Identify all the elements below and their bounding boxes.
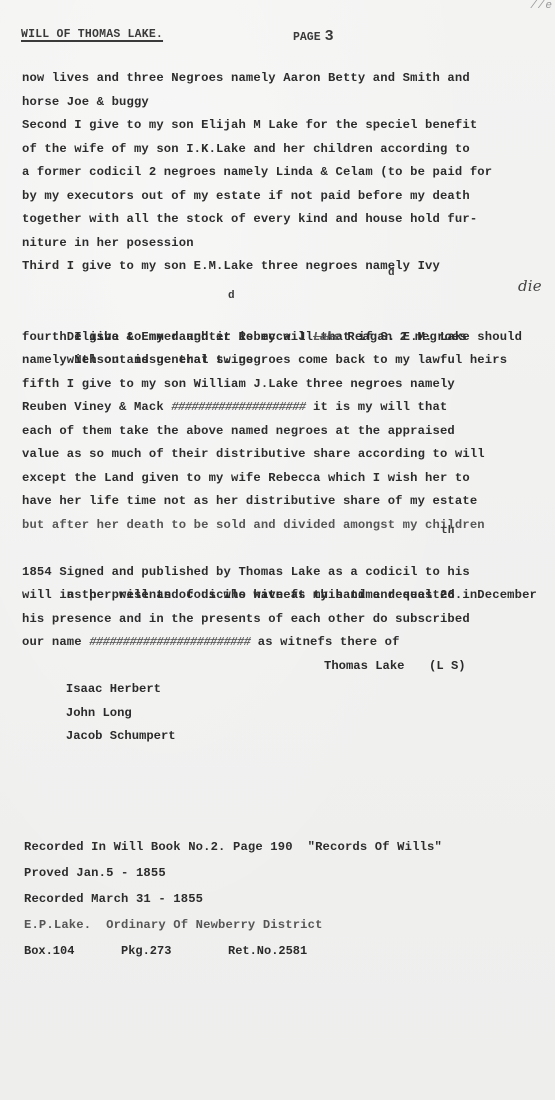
text-line: niture in her posession — [22, 232, 542, 256]
struck-text: #################### — [171, 400, 305, 414]
text-line: each of them take the above named negroe… — [22, 420, 542, 444]
text-line-our-name: our name ######################## as wit… — [22, 631, 542, 655]
archive-reference-row: Box.104 Pkg.273 Ret.No.2581 — [24, 938, 544, 964]
recorded-date-line: Recorded March 31 - 1855 — [24, 886, 544, 912]
text-segment: our name — [22, 635, 89, 649]
text-segment: fourth I give to my daughter Rebecca J — [22, 330, 313, 344]
text-line-reuben: Reuben Viney & Mack ####################… — [22, 396, 542, 420]
text-line: Second I give to my son Elijah M Lake fo… — [22, 114, 542, 138]
package-number: Pkg.273 — [121, 938, 171, 964]
testator-name: Thomas Lake — [324, 655, 404, 679]
proved-line: Proved Jan.5 - 1855 — [24, 860, 544, 886]
text-line-delisha: d Delisha & Emmer and it is my will that… — [22, 279, 542, 303]
recording-notes: Recorded In Will Book No.2. Page 190 "Re… — [24, 834, 544, 964]
text-segment: Reagan 2 negroes — [340, 330, 467, 344]
corner-annotation: //e — [530, 0, 553, 12]
text-line-fourth: fourth I give to my daughter Rebecca J L… — [22, 326, 542, 350]
will-body: now lives and three Negroes namely Aaron… — [22, 67, 542, 725]
page-number: 3 — [325, 28, 334, 45]
document-header: WILL OF THOMAS LAKE. PAGE3 — [21, 28, 541, 46]
recorded-in-line: Recorded In Will Book No.2. Page 190 "Re… — [24, 834, 544, 860]
text-line: Third I give to my son E.M.Lake three ne… — [22, 255, 542, 279]
text-line: value as so much of their distributive s… — [22, 443, 542, 467]
text-segment: as witnefs there of — [250, 635, 399, 649]
text-line-witness-hand: th as per will and codicils witnefs my h… — [22, 537, 542, 561]
text-segment: it is my will that — [306, 400, 448, 414]
witness-name: Jacob Schumpert — [66, 729, 176, 743]
signature-row: Jacob Schumpert — [22, 702, 542, 726]
text-segment: Reuben Viney & Mack — [22, 400, 171, 414]
superscript-d: d — [228, 291, 235, 302]
text-line: horse Joe & buggy — [22, 91, 542, 115]
signature-row: John Long — [22, 678, 542, 702]
text-line: but after her death to be sold and divid… — [22, 514, 542, 538]
text-line-without-issue: d with out issue that s. negroes come ba… — [22, 302, 542, 326]
superscript-th: th — [441, 526, 455, 537]
text-line: a former codicil 2 negroes namely Linda … — [22, 161, 542, 185]
text-line: will in the presents of us who have at t… — [22, 584, 542, 608]
text-line: 1854 Signed and published by Thomas Lake… — [22, 561, 542, 585]
text-line: by my executors out of my estate if not … — [22, 185, 542, 209]
text-line: have her life time not as her distributi… — [22, 490, 542, 514]
text-line: except the Land given to my wife Rebecca… — [22, 467, 542, 491]
box-number: Box.104 — [24, 938, 74, 964]
text-line: namely Nelson and general twigs — [22, 349, 542, 373]
text-line: now lives and three Negroes namely Aaron… — [22, 67, 542, 91]
return-number: Ret.No.2581 — [228, 938, 307, 964]
document-title: WILL OF THOMAS LAKE. — [21, 28, 163, 41]
struck-text: ######################## — [89, 635, 250, 649]
document-page: //e WILL OF THOMAS LAKE. PAGE3 now lives… — [0, 0, 555, 1100]
ordinary-line: E.P.Lake. Ordinary Of Newberry District — [24, 912, 544, 938]
signature-row: Isaac Herbert Thomas Lake (L S) — [22, 655, 542, 679]
struck-text: Lake — [313, 330, 340, 344]
text-line: fifth I give to my son William J.Lake th… — [22, 373, 542, 397]
text-line: together with all the stock of every kin… — [22, 208, 542, 232]
text-line: of the wife of my son I.K.Lake and her c… — [22, 138, 542, 162]
seal-mark: (L S) — [429, 655, 466, 679]
handwritten-annotation: die — [518, 275, 542, 299]
page-label: PAGE — [293, 31, 321, 44]
superscript-d: d — [388, 268, 395, 279]
text-line: his presence and in the presents of each… — [22, 608, 542, 632]
page-indicator: PAGE3 — [293, 28, 334, 45]
